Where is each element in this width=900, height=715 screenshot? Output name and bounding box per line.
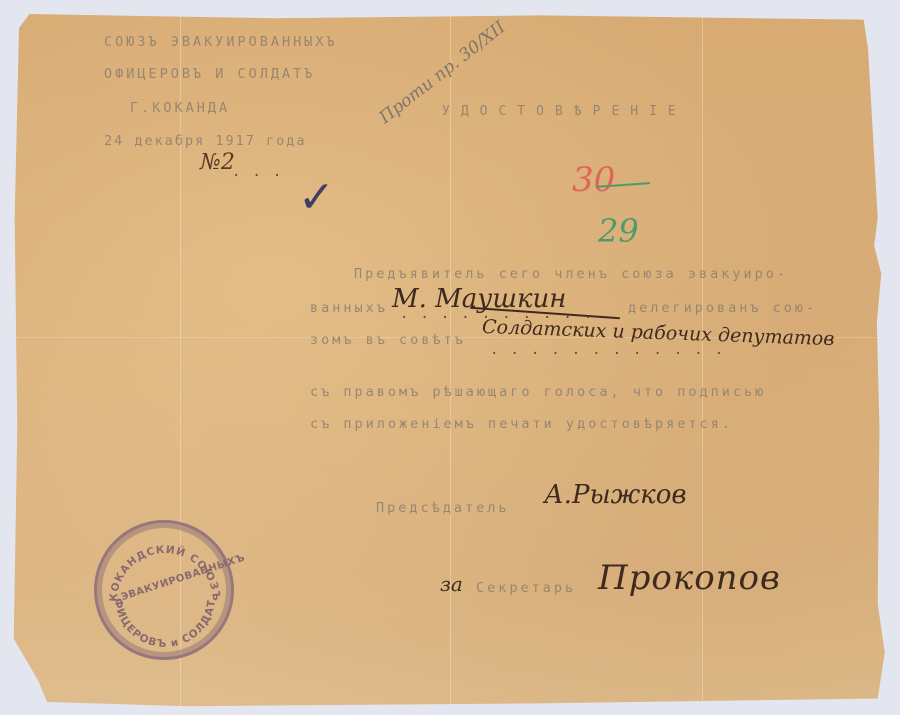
organization-stamp: КОКАНДСКИЙ СОЮЗЪ ОФИЦЕРОВЪ и СОЛДАТЪ ЭВА… xyxy=(94,520,234,660)
header-date: 24 декабря 1917 года xyxy=(104,133,307,149)
chairman-label: Предсѣдатель xyxy=(376,500,510,516)
document-number: №2 xyxy=(200,150,235,175)
document-title: УДОСТОВѢРЕНІЕ xyxy=(442,104,687,119)
body-line-4: съ правомъ рѣшающаго голоса, что подпись… xyxy=(310,384,766,400)
header-line-2: ОФИЦЕРОВЪ И СОЛДАТЪ xyxy=(104,66,315,82)
chairman-signature: А.Рыжков xyxy=(544,480,687,510)
secretary-label: Секретарь xyxy=(476,580,576,596)
body-line-1: Предъявитель сего членъ союза эвакуиро- xyxy=(354,266,788,282)
body-line-3-prefix: зомъ въ совѣтъ xyxy=(310,332,466,348)
body-line-2-prefix: ванныхъ xyxy=(310,300,388,316)
dots: ............ xyxy=(490,342,735,358)
body-line-2-suffix: делегированъ сою- xyxy=(628,300,817,316)
header-line-1: СОЮЗЪ ЭВАКУИРОВАННЫХЪ xyxy=(104,34,338,50)
stamp-ring-text: КОКАНДСКИЙ СОЮЗЪ ОФИЦЕРОВЪ и СОЛДАТЪ xyxy=(97,523,231,657)
page-number-current: 29 xyxy=(598,212,639,250)
checkmark-icon: ✓ xyxy=(298,172,335,223)
header-line-3: Г.КОКАНДА xyxy=(130,100,230,116)
body-line-5: съ приложеніемъ печати удостовѣряется. xyxy=(310,416,733,432)
fold-line xyxy=(702,7,703,709)
dots: ... xyxy=(232,164,293,180)
secretary-signature: Прокопов xyxy=(598,558,781,598)
secretary-prefix: за xyxy=(440,572,463,596)
page-number-crossed: 30 xyxy=(572,160,615,200)
